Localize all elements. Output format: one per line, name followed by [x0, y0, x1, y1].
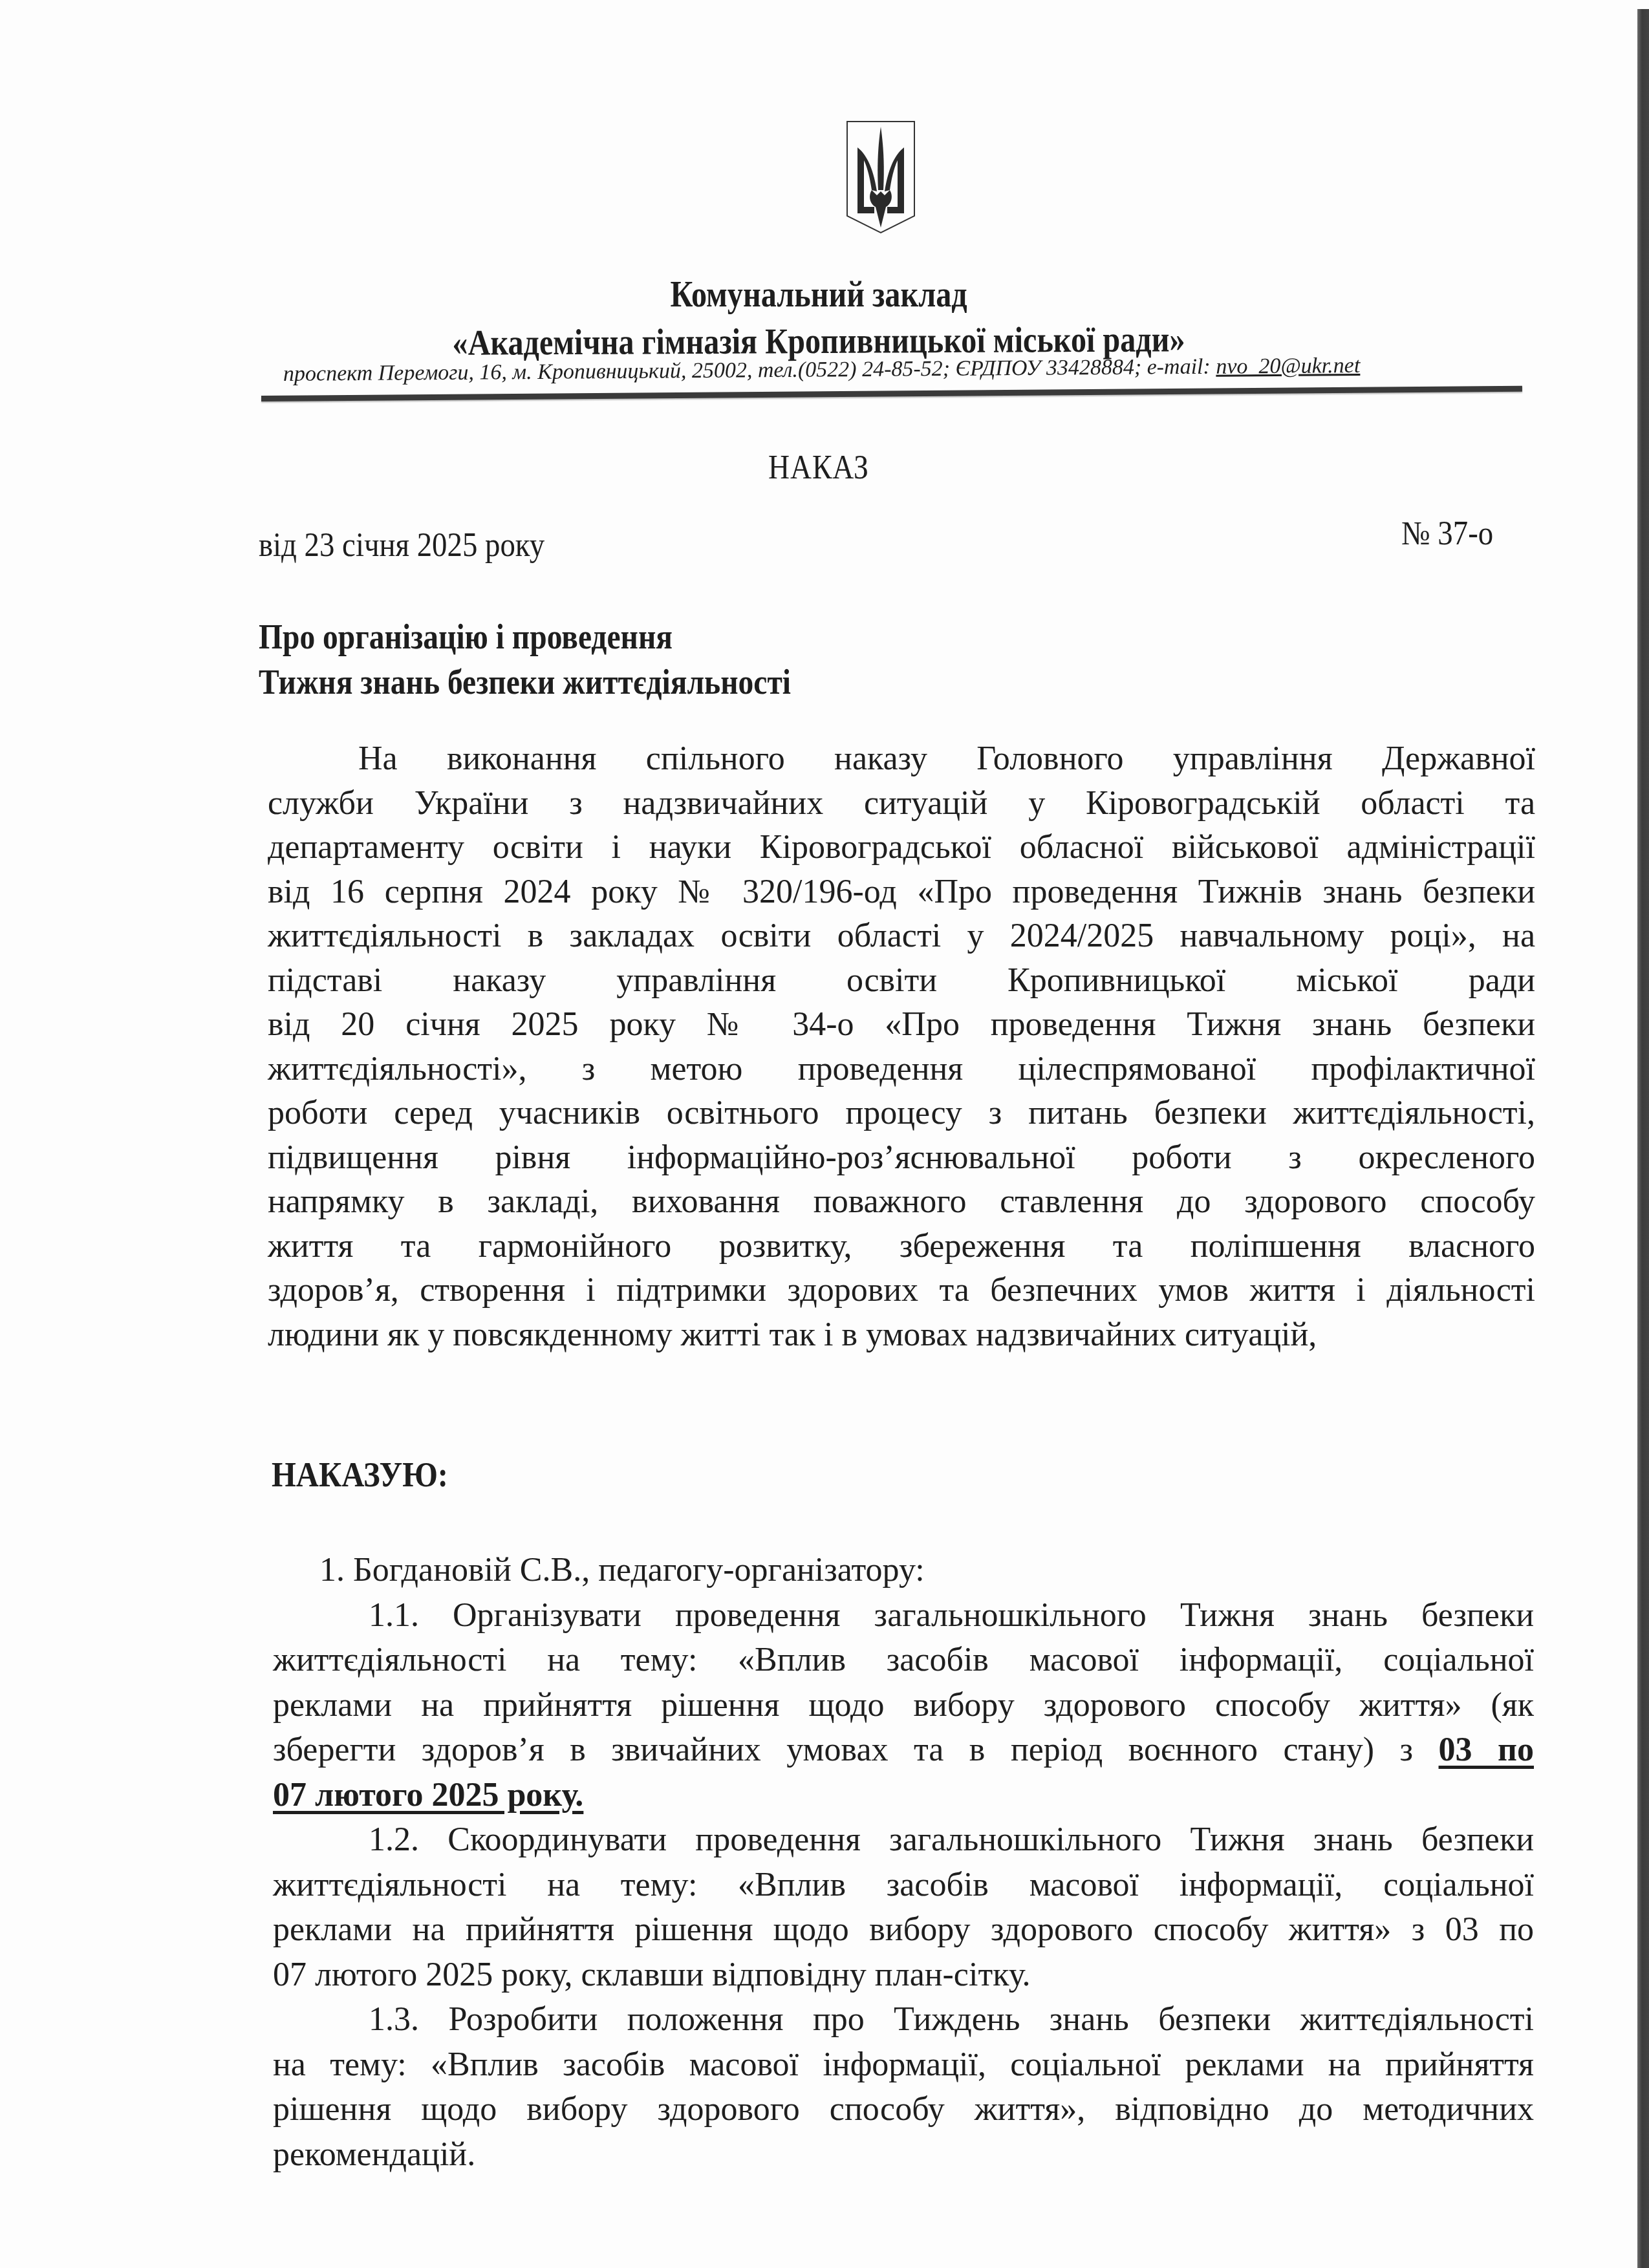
order-item-1-2-line: життєдіяльності на тему: «Вплив засобів …: [273, 1863, 1534, 1908]
organization-type: Комунальний заклад: [114, 274, 1523, 316]
text-line: підвищення рівня інформаційно-роз’яснюва…: [268, 1136, 1535, 1181]
text-line: департаменту освіти і науки Кіровоградсь…: [268, 826, 1535, 870]
order-items: 1. Богдановій С.В., педагогу-організатор…: [273, 1548, 1534, 2177]
text-line: від 20 січня 2025 року № 34-о «Про прове…: [268, 1003, 1535, 1047]
text-line: підставі наказу управління освіти Кропив…: [268, 959, 1535, 1003]
order-item-1-3-line: 1.3. Розробити положення про Тиждень зна…: [273, 1997, 1534, 2042]
text-line: роботи серед учасників освітнього процес…: [268, 1091, 1535, 1136]
text-line: життя та гармонійного розвитку, збережен…: [268, 1225, 1535, 1269]
text-line: життєдіяльності», з метою проведення ціл…: [268, 1047, 1535, 1092]
order-item-1-3-line: на тему: «Вплив засобів масової інформац…: [273, 2042, 1534, 2088]
email-link[interactable]: nvo_20@ukr.net: [1216, 354, 1360, 379]
text-line: служби України з надзвичайних ситуацій у…: [268, 782, 1535, 826]
text-line: На виконання спільного наказу Головного …: [268, 737, 1535, 782]
subject-line: Тижня знань безпеки життєдіяльності: [259, 659, 791, 705]
text-line: здоров’я, створення і підтримки здорових…: [268, 1268, 1535, 1313]
event-dates-highlight: 03 по: [1439, 1731, 1534, 1768]
event-dates-highlight: 07 лютого 2025 року.: [273, 1777, 583, 1813]
text-line: напрямку в закладі, виховання поважного …: [268, 1180, 1535, 1225]
text-line: людини як у повсякденному житті так і в …: [268, 1313, 1535, 1358]
document-type: НАКАЗ: [98, 449, 1539, 487]
order-item-1-2-line: 07 лютого 2025 року, склавши відповідну …: [273, 1952, 1534, 1998]
document-number: № 37-о: [1401, 515, 1493, 553]
document-page: Комунальний заклад «Академічна гімназія …: [0, 0, 1637, 2268]
order-item-1-2-line: реклами на прийняття рішення щодо вибору…: [273, 1907, 1534, 1952]
header-divider: [261, 386, 1522, 401]
order-item-1-1-line: 07 лютого 2025 року.: [273, 1773, 1534, 1818]
document-subject: Про організацію і проведення Тижня знань…: [259, 614, 791, 705]
order-item-1: 1. Богдановій С.В., педагогу-організатор…: [273, 1548, 1534, 1593]
order-heading: НАКАЗУЮ:: [272, 1455, 448, 1495]
subject-line: Про організацію і проведення: [259, 614, 791, 659]
document-date: від 23 січня 2025 року: [259, 526, 544, 564]
order-item-1-3-line: рішення щодо вибору здорового способу жи…: [273, 2087, 1534, 2132]
item-text: зберегти здоров’я в звичайних умовах та …: [273, 1731, 1439, 1768]
ukraine-coat-of-arms-icon: [842, 119, 920, 235]
scanner-edge: [1637, 9, 1649, 2268]
text-line: життєдіяльності в закладах освіти област…: [268, 914, 1535, 959]
order-item-1-1-line: 1.1. Організувати проведення загальношкі…: [273, 1593, 1534, 1638]
preamble-paragraph: На виконання спільного наказу Головного …: [268, 737, 1535, 1357]
order-item-1-1-line: життєдіяльності на тему: «Вплив засобів …: [273, 1638, 1534, 1683]
order-item-1-1-line: реклами на прийняття рішення щодо вибору…: [273, 1683, 1534, 1728]
order-item-1-2-line: 1.2. Скоординувати проведення загальношк…: [273, 1817, 1534, 1863]
text-line: від 16 серпня 2024 року № 320/196-од «Пр…: [268, 870, 1535, 915]
order-item-1-3-line: рекомендацій.: [273, 2132, 1534, 2177]
order-item-1-1-line: зберегти здоров’я в звичайних умовах та …: [273, 1728, 1534, 1773]
